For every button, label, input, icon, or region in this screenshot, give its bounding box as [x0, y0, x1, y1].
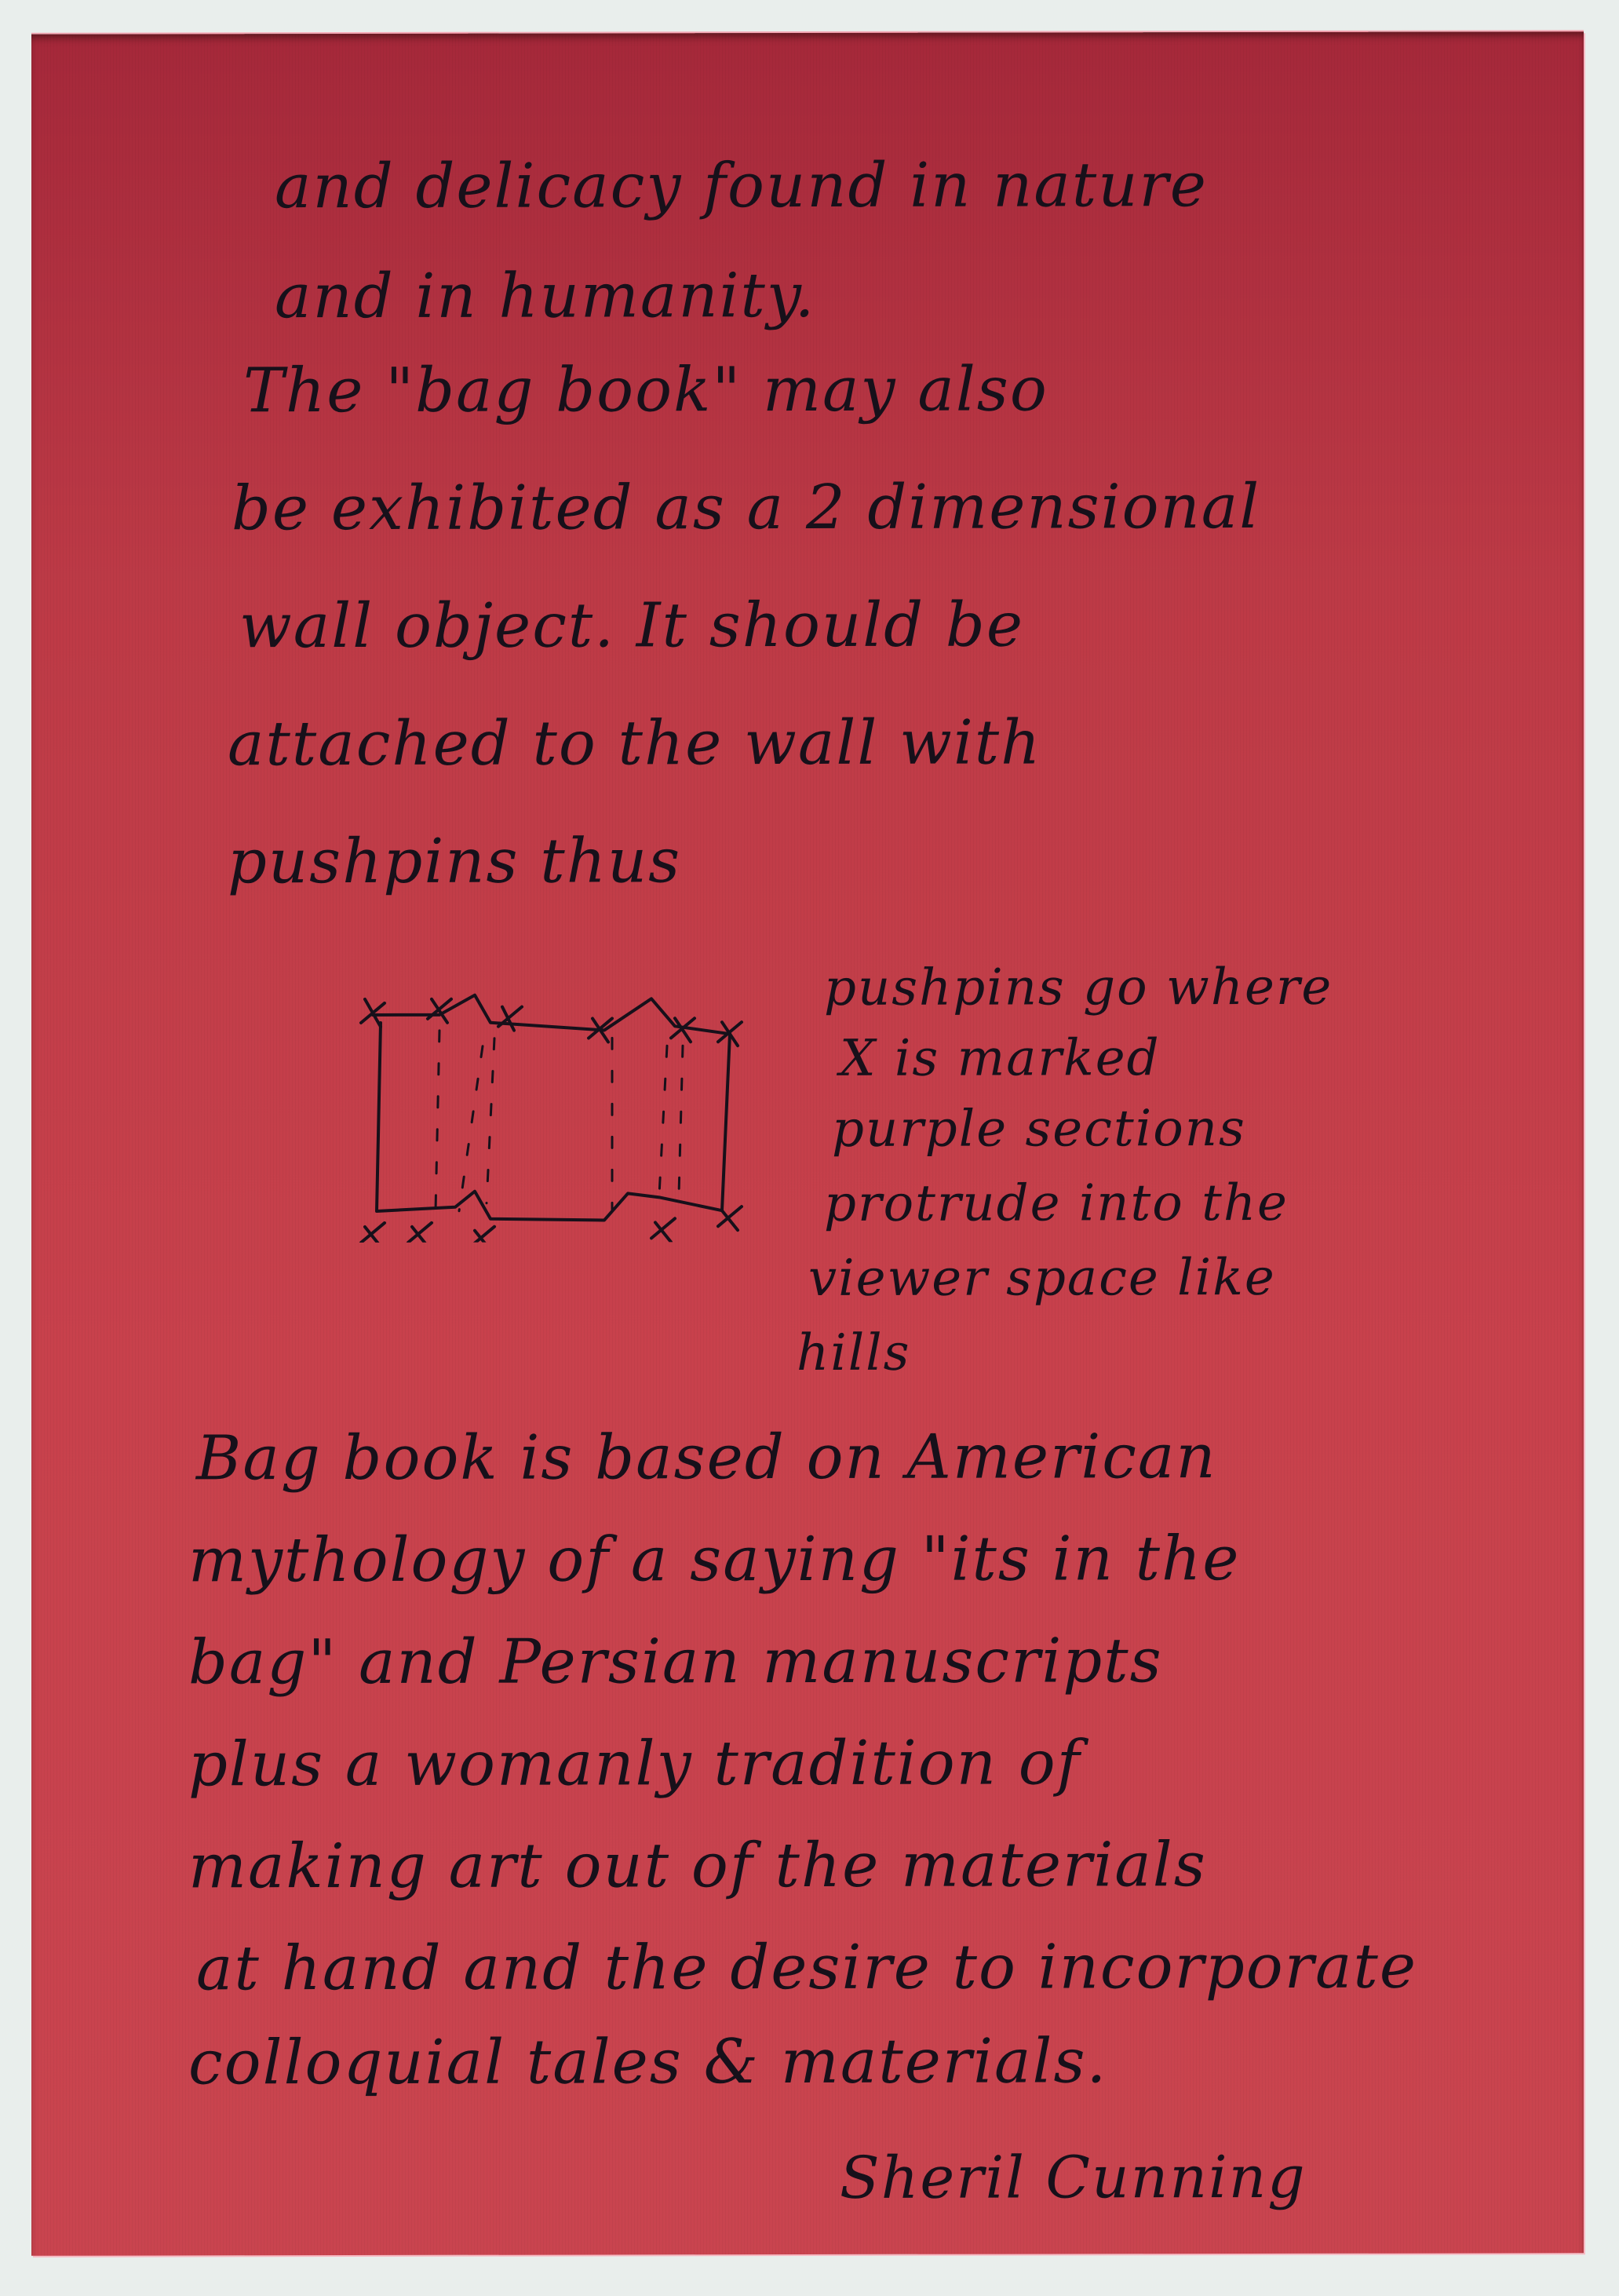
signature: Sheril Cunning: [840, 2144, 1307, 2212]
text-line-5: wall object. It should be: [239, 590, 1024, 663]
text-line-4: be exhibited as a 2 dimensional: [232, 472, 1260, 544]
diagram-note-3: purple sections: [832, 1100, 1246, 1159]
diagram-note-4: protrude into the: [824, 1174, 1289, 1233]
pushpin-x-markers: [361, 998, 742, 1243]
diagram-note-1: pushpins go where: [824, 958, 1333, 1017]
pushpin-diagram: [345, 975, 769, 1243]
text-line-7: pushpins thus: [228, 826, 681, 897]
body-line-4: plus a womanly tradition of: [188, 1728, 1081, 1800]
text-line-6: attached to the wall with: [228, 707, 1041, 779]
body-line-2: mythology of a saying "its in the: [188, 1524, 1240, 1596]
body-line-6: at hand and the desire to incorporate: [196, 1932, 1417, 2005]
body-line-5: making art out of the materials: [188, 1830, 1207, 1902]
body-line-1: Bag book is based on American: [196, 1422, 1217, 1494]
diagram-note-6: hills: [797, 1324, 910, 1382]
body-line-3: bag" and Persian manuscripts: [188, 1626, 1163, 1698]
diagram-note-5: viewer space like: [808, 1249, 1276, 1308]
text-line-3: The "bag book" may also: [243, 354, 1048, 426]
handwritten-letter-page: and delicacy found in nature and in huma…: [31, 31, 1584, 2255]
text-line-2: and in humanity.: [275, 261, 815, 332]
diagram-note-2: X is marked: [840, 1029, 1161, 1088]
body-line-7: colloquial tales & materials.: [188, 2026, 1107, 2098]
text-line-1: and delicacy found in nature: [275, 150, 1208, 222]
